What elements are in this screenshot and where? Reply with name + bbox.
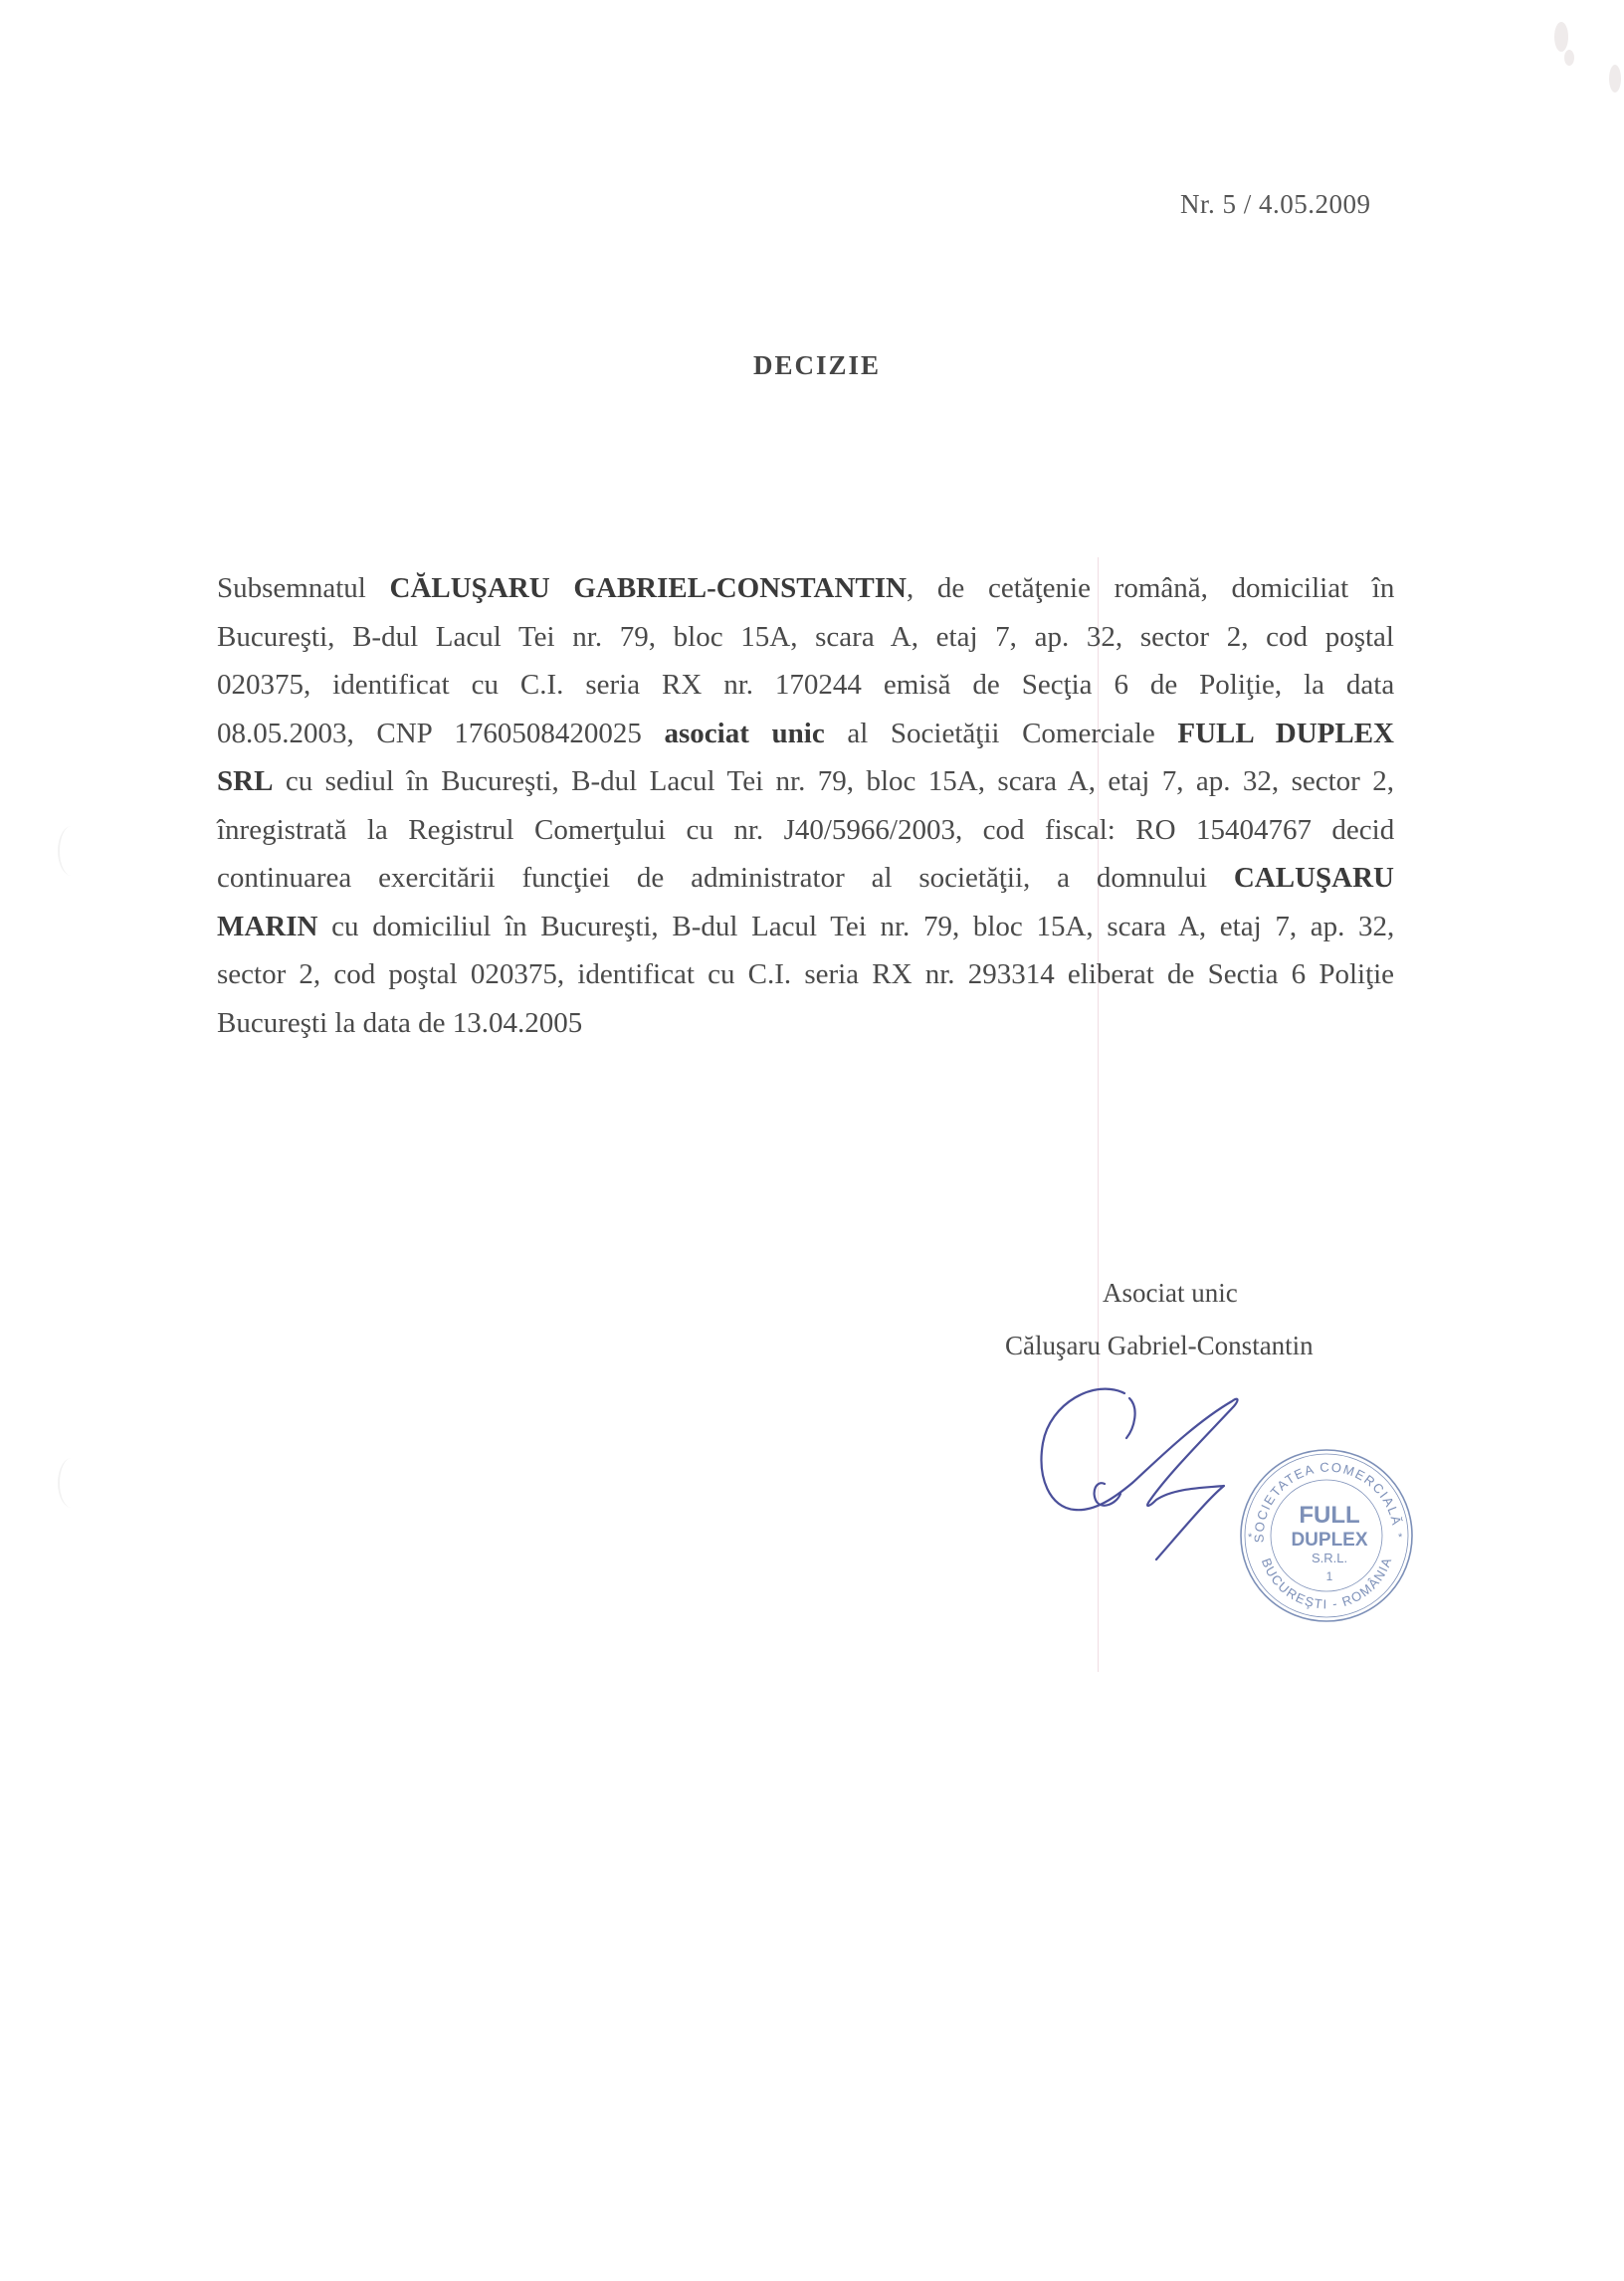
bold-text-run: CĂLUŞARU GABRIEL-CONSTANTIN bbox=[390, 572, 907, 604]
bold-text-run: MARIN bbox=[217, 911, 318, 942]
decision-paragraph: Subsemnatul CĂLUŞARU GABRIEL-CONSTANTIN,… bbox=[217, 564, 1394, 1047]
text-run: Bucureşti la data de 13.04.2005 bbox=[217, 1007, 582, 1039]
scanned-document-page: Nr. 5 / 4.05.2009 DECIZIE Subsemnatul CĂ… bbox=[0, 0, 1624, 2281]
text-run: 08.05.2003, CNP 1760508420025 bbox=[217, 718, 665, 749]
paragraph-line: MARIN cu domiciliul în Bucureşti, B-dul … bbox=[217, 903, 1394, 951]
text-run: , de cetăţenie română, domiciliat în bbox=[907, 572, 1394, 604]
scan-artifact bbox=[1609, 65, 1621, 93]
text-run: 020375, identificat cu C.I. seria RX nr.… bbox=[217, 669, 1394, 701]
document-title: DECIZIE bbox=[0, 350, 1624, 381]
bold-text-run: FULL DUPLEX bbox=[1177, 718, 1394, 749]
stamp-star-left: * bbox=[1248, 1532, 1253, 1544]
text-run: Subsemnatul bbox=[217, 572, 390, 604]
text-run: cu domiciliul în Bucureşti, B-dul Lacul … bbox=[318, 911, 1395, 942]
text-run: cu sediul în Bucureşti, B-dul Lacul Tei … bbox=[273, 765, 1394, 797]
text-run: continuarea exercitării funcţiei de admi… bbox=[217, 862, 1234, 894]
scan-artifact bbox=[1564, 50, 1574, 66]
punch-hole-mark bbox=[58, 826, 86, 876]
bold-text-run: SRL bbox=[217, 765, 273, 797]
punch-hole-mark bbox=[58, 1458, 86, 1508]
scan-artifact bbox=[1554, 22, 1568, 52]
signatory-name: Căluşaru Gabriel-Constantin bbox=[1005, 1320, 1403, 1372]
paragraph-line: 020375, identificat cu C.I. seria RX nr.… bbox=[217, 661, 1394, 710]
paragraph-line: continuarea exercitării funcţiei de admi… bbox=[217, 854, 1394, 903]
company-stamp: SOCIETATEA COMERCIALĂ BUCUREŞTI - ROMÂNI… bbox=[1234, 1443, 1418, 1627]
text-run: sector 2, cod poştal 020375, identificat… bbox=[217, 958, 1394, 990]
stamp-center-number: 1 bbox=[1326, 1569, 1333, 1583]
paragraph-line: sector 2, cod poştal 020375, identificat… bbox=[217, 950, 1394, 999]
paragraph-line: Bucureşti la data de 13.04.2005 bbox=[217, 999, 1394, 1048]
stamp-center-duplex: DUPLEX bbox=[1291, 1530, 1367, 1551]
document-number: Nr. 5 / 4.05.2009 bbox=[1180, 189, 1371, 220]
stamp-center-srl: S.R.L. bbox=[1312, 1551, 1347, 1565]
stamp-star-right: * bbox=[1398, 1532, 1403, 1544]
signatory-role: Asociat unic bbox=[1005, 1267, 1403, 1320]
text-run: al Societăţii Comerciale bbox=[825, 718, 1178, 749]
paragraph-line: Bucureşti, B-dul Lacul Tei nr. 79, bloc … bbox=[217, 613, 1394, 662]
paragraph-line: înregistrată la Registrul Comerţului cu … bbox=[217, 806, 1394, 855]
bold-text-run: CALUŞARU bbox=[1234, 862, 1394, 894]
paragraph-line: Subsemnatul CĂLUŞARU GABRIEL-CONSTANTIN,… bbox=[217, 564, 1394, 613]
text-run: înregistrată la Registrul Comerţului cu … bbox=[217, 814, 1394, 846]
paragraph-line: SRL cu sediul în Bucureşti, B-dul Lacul … bbox=[217, 757, 1394, 806]
bold-text-run: asociat unic bbox=[665, 718, 825, 749]
signature-block: Asociat unic Căluşaru Gabriel-Constantin bbox=[1005, 1267, 1403, 1372]
paragraph-line: 08.05.2003, CNP 1760508420025 asociat un… bbox=[217, 710, 1394, 758]
stamp-center-full: FULL bbox=[1299, 1502, 1359, 1529]
text-run: Bucureşti, B-dul Lacul Tei nr. 79, bloc … bbox=[217, 621, 1394, 653]
